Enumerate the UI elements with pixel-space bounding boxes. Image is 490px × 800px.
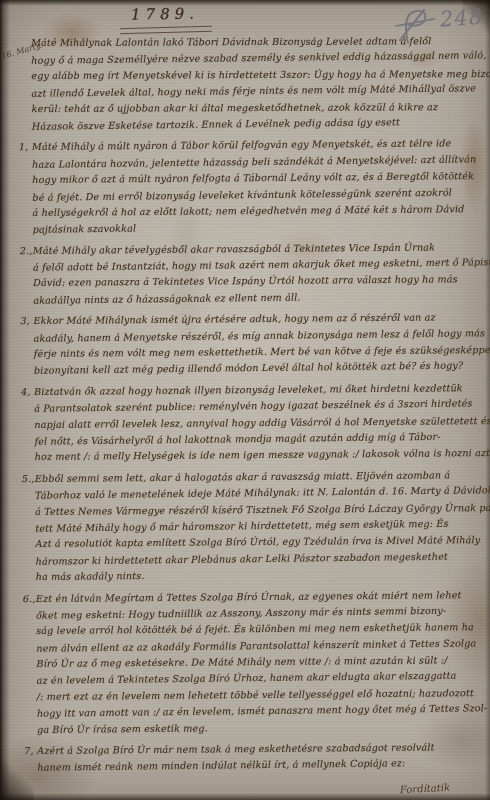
text-line-content: Biztatván ők azzal hogy hoznak illyen bi… — [34, 383, 463, 398]
paragraph-4: 4,Biztatván ők azzal hogy hoznak illyen … — [34, 381, 485, 467]
text-line-content: Ezt én látván Megírtam á Tettes Szolga B… — [36, 590, 462, 605]
text-line: hanem ismét reánk nem minden indúlat nél… — [37, 756, 487, 778]
page-corner-shadow-bottom-left — [0, 754, 34, 800]
page-number: 248 — [439, 4, 489, 31]
text-line-content: Ebből semmi sem lett, akar á halogatás a… — [35, 470, 451, 485]
text-line-content: Máté Mihály akar tévelygésből akar ravas… — [33, 242, 435, 257]
text-line-content: Azért á Szolga Bíró Úr már nem tsak á me… — [37, 743, 434, 757]
paragraph-6: 6.,Ezt én látván Megírtam á Tettes Szolg… — [36, 588, 487, 739]
paragraph-7: 7,Azért á Szolga Bíró Úr már nem tsak á … — [37, 740, 487, 777]
paragraph-3: 3,Ekkor Máté Mihálynak ismét újra értésé… — [33, 310, 484, 379]
document-body: Máté Mihálynak Lalontán lakó Tábori Dávi… — [31, 33, 487, 782]
paragraph-number: 7, — [24, 744, 37, 761]
paragraph-1: 1,Máté Mihály á múlt nyáron á Tábor körü… — [32, 136, 483, 238]
paragraph-5: 5.,Ebből semmi sem lett, akar á halogatá… — [35, 468, 486, 587]
page-edge-left-shadow — [0, 0, 10, 800]
heading-underline — [120, 26, 212, 34]
paragraph-number: 6., — [23, 591, 36, 608]
text-line: bizonyítani kell azt még pedig illendő m… — [34, 359, 484, 381]
year-heading: 1789. — [110, 4, 220, 24]
paragraph-number: 1, — [19, 140, 32, 157]
paragraph-number: 2., — [20, 244, 33, 261]
manuscript-page: 1789. 248 16. Marty. Máté Mihálynak Lalo… — [0, 0, 490, 800]
catchword: Fordítatik — [400, 783, 451, 797]
intro-paragraph: Máté Mihálynak Lalontán lakó Tábori Dávi… — [31, 33, 482, 135]
paragraph-number: 5., — [22, 472, 35, 489]
text-line-content: Ekkor Máté Mihálynak ismét újra értésére… — [33, 313, 435, 328]
text-line-content: Máté Mihály á múlt nyáron á Tábor körül … — [32, 139, 451, 154]
paragraph-number: 4, — [21, 385, 34, 402]
paragraph-number: 3, — [20, 314, 33, 331]
paragraph-2: 2.,Máté Mihály akar tévelygésből akar ra… — [33, 240, 484, 309]
